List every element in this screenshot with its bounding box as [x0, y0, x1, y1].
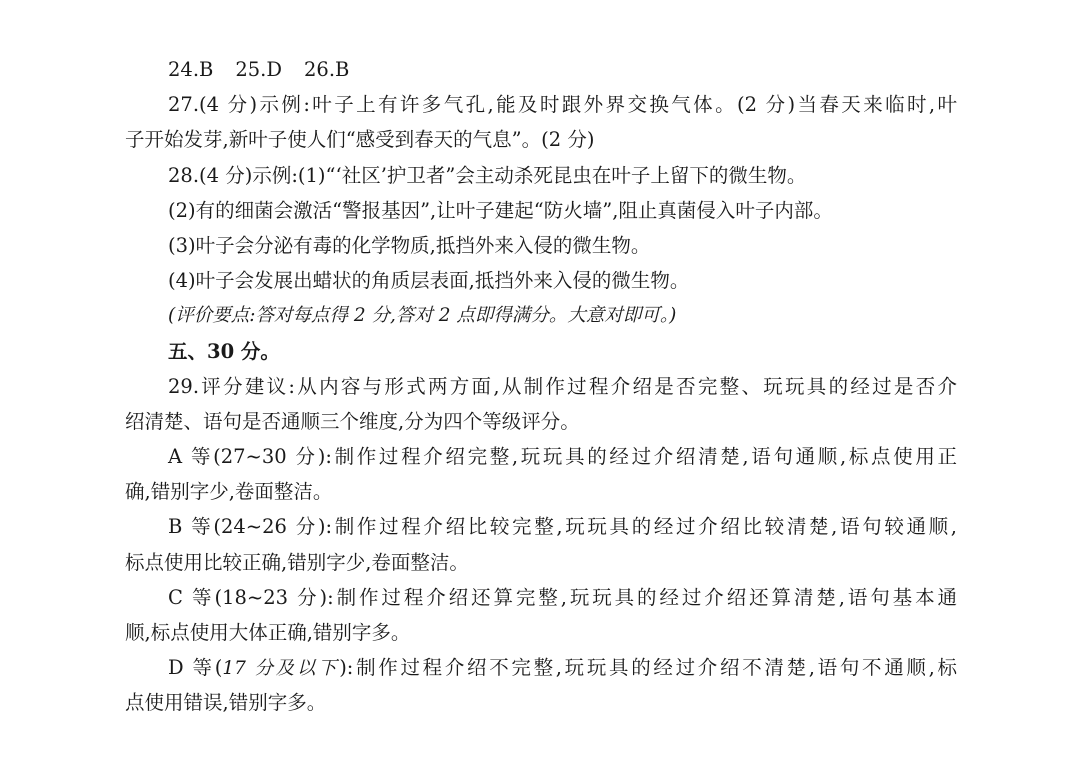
- answer-25: 25.D: [235, 58, 282, 81]
- grade-d-line-1: D 等(17 分及以下):制作过程介绍不完整,玩玩具的经过介绍不清楚,语句不通顺…: [125, 650, 957, 685]
- answer-24: 24.B: [168, 58, 213, 81]
- q27-line-2: 子开始发芽,新叶子使人们“感受到春天的气息”。(2 分): [125, 122, 957, 157]
- answers-24-26: 24.B25.D26.B: [125, 52, 957, 87]
- grade-b-line-2: 标点使用比较正确,错别字少,卷面整洁。: [125, 545, 957, 580]
- q28-scoring-note: (评价要点:答对每点得 2 分,答对 2 点即得满分。大意对即可。): [125, 298, 957, 333]
- grade-d-range: 17 分及以下: [222, 658, 339, 679]
- q28-line-4: (4)叶子会发展出蜡状的角质层表面,抵挡外来入侵的微生物。: [125, 263, 957, 298]
- answer-26: 26.B: [304, 58, 349, 81]
- answer-key-page: 24.B25.D26.B 27.(4 分)示例:叶子上有许多气孔,能及时跟外界交…: [125, 52, 957, 721]
- grade-c-line-1: C 等(18~23 分):制作过程介绍还算完整,玩玩具的经过介绍还算清楚,语句基…: [125, 580, 957, 615]
- grade-d-prefix: D 等(: [168, 656, 222, 679]
- grade-d-suffix: ):制作过程介绍不完整,玩玩具的经过介绍不清楚,语句不通顺,标: [339, 656, 957, 679]
- q28-line-1: 28.(4 分)示例:(1)“‘社区’护卫者”会主动杀死昆虫在叶子上留下的微生物…: [125, 158, 957, 193]
- grade-c-line-2: 顺,标点使用大体正确,错别字多。: [125, 615, 957, 650]
- grade-a-line-1: A 等(27~30 分):制作过程介绍完整,玩玩具的经过介绍清楚,语句通顺,标点…: [125, 439, 957, 474]
- section-5-heading: 五、30 分。: [125, 334, 957, 369]
- q28-line-2: (2)有的细菌会激活“警报基因”,让叶子建起“防火墙”,阻止真菌侵入叶子内部。: [125, 193, 957, 228]
- grade-b-line-1: B 等(24~26 分):制作过程介绍比较完整,玩玩具的经过介绍比较清楚,语句较…: [125, 509, 957, 544]
- q27-line-1: 27.(4 分)示例:叶子上有许多气孔,能及时跟外界交换气体。(2 分)当春天来…: [125, 87, 957, 122]
- q28-line-3: (3)叶子会分泌有毒的化学物质,抵挡外来入侵的微生物。: [125, 228, 957, 263]
- grade-a-line-2: 确,错别字少,卷面整洁。: [125, 474, 957, 509]
- grade-d-line-2: 点使用错误,错别字多。: [125, 685, 957, 720]
- q29-line-2: 绍清楚、语句是否通顺三个维度,分为四个等级评分。: [125, 404, 957, 439]
- q29-line-1: 29.评分建议:从内容与形式两方面,从制作过程介绍是否完整、玩玩具的经过是否介: [125, 369, 957, 404]
